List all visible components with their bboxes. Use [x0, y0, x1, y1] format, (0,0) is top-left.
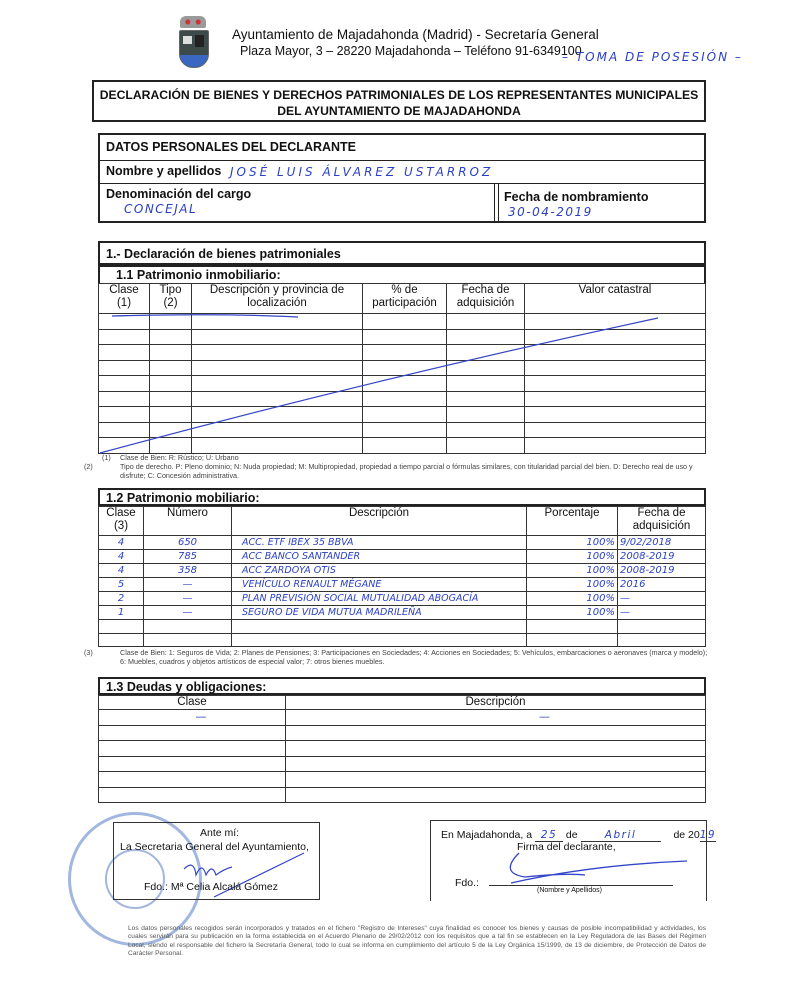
note-1: (1)Clase de Bien: R: Rústico; U: Urbano	[102, 453, 702, 462]
table-row: 2—PLAN PREVISIÓN SOCIAL MUTUALIDAD ABOGA…	[99, 592, 706, 606]
strike-through-line	[98, 283, 706, 455]
table-row: 5—VEHÍCULO RENAULT MÉGANE100%2016	[99, 578, 706, 592]
mobiliario-table: Clase (3) Número Descripción Porcentaje …	[98, 506, 706, 647]
ante-mi: Ante mí:	[200, 827, 239, 839]
section-1-title: 1.- Declaración de bienes patrimoniales	[106, 247, 341, 261]
secretary-signature-box: Ante mí: La Secretaria General del Ayunt…	[113, 822, 320, 900]
section-1-3-header: 1.3 Deudas y obligaciones:	[98, 677, 706, 695]
fecha-nombramiento-value: 30-04-2019	[508, 205, 593, 219]
name-value: JOSÉ LUIS ÁLVAREZ USTARROZ	[230, 165, 493, 179]
header-line-2: Plaza Mayor, 3 – 28220 Majadahonda – Tel…	[240, 44, 582, 58]
table-row: 4358ACC ZARDOYA OTIS100%2008-2019	[99, 564, 706, 578]
nombre-apellidos-caption: (Nombre y Apellidos)	[537, 887, 602, 894]
section-1-2-header: 1.2 Patrimonio mobiliario:	[98, 488, 706, 506]
fecha-nombramiento-label: Fecha de nombramiento	[504, 190, 648, 204]
declarant-signature-box: En Majadahonda, a 25 de Abril de 2019 Fi…	[430, 820, 707, 901]
table-row: 4650ACC. ETF IBEX 35 BBVA100%9/02/2018	[99, 536, 706, 550]
fdo-declarante: Fdo.:	[455, 877, 479, 889]
table-row	[99, 756, 706, 772]
section-1-2-title: 1.2 Patrimonio mobiliario:	[106, 491, 260, 505]
date-year: 19	[700, 829, 716, 842]
note-3: (3)Clase de Bien: 1: Seguros de Vida; 2:…	[102, 648, 710, 666]
note-2: (2)Tipo de derecho. P: Pleno dominio; N:…	[102, 462, 710, 480]
table-row: 1—SEGURO DE VIDA MUTUA MADRILEÑA100%—	[99, 606, 706, 620]
personal-section-title: DATOS PERSONALES DEL DECLARANTE	[106, 140, 356, 154]
table-row	[99, 741, 706, 757]
personal-data-box: DATOS PERSONALES DEL DECLARANTE Nombre y…	[98, 133, 706, 223]
deudas-table: Clase Descripción ——	[98, 695, 706, 803]
table-row	[99, 633, 706, 647]
table-row	[99, 620, 706, 634]
section-1-3-title: 1.3 Deudas y obligaciones:	[106, 680, 266, 694]
municipal-crest-icon	[178, 16, 208, 68]
table-row	[99, 772, 706, 788]
cargo-label: Denominación del cargo	[106, 187, 251, 201]
title-line-1: DECLARACIÓN DE BIENES Y DERECHOS PATRIMO…	[94, 87, 704, 103]
data-protection-notice: Los datos personales recogidos serán inc…	[128, 925, 706, 958]
section-1-1-header: 1.1 Patrimonio inmobiliario:	[98, 265, 706, 283]
cargo-value: CONCEJAL	[124, 202, 197, 216]
table-row	[99, 725, 706, 741]
fdo-secretaria: Fdo.: Mª Celia Alcalá Gómez	[144, 881, 278, 893]
section-1-header: 1.- Declaración de bienes patrimoniales	[98, 241, 706, 265]
table-row	[99, 787, 706, 803]
header-line-1: Ayuntamiento de Majadahonda (Madrid) - S…	[232, 27, 599, 42]
table-row: 4785ACC BANCO SANTANDER100%2008-2019	[99, 550, 706, 564]
name-label: Nombre y apellidos	[106, 164, 221, 178]
section-1-1-title: 1.1 Patrimonio inmobiliario:	[116, 268, 281, 282]
declarant-signature	[491, 843, 691, 891]
document-title: DECLARACIÓN DE BIENES Y DERECHOS PATRIMO…	[92, 80, 706, 122]
table-row: ——	[99, 710, 706, 726]
title-line-2: DEL AYUNTAMIENTO DE MAJADAHONDA	[94, 103, 704, 119]
handwritten-note: – TOMA DE POSESIÓN –	[562, 50, 743, 64]
